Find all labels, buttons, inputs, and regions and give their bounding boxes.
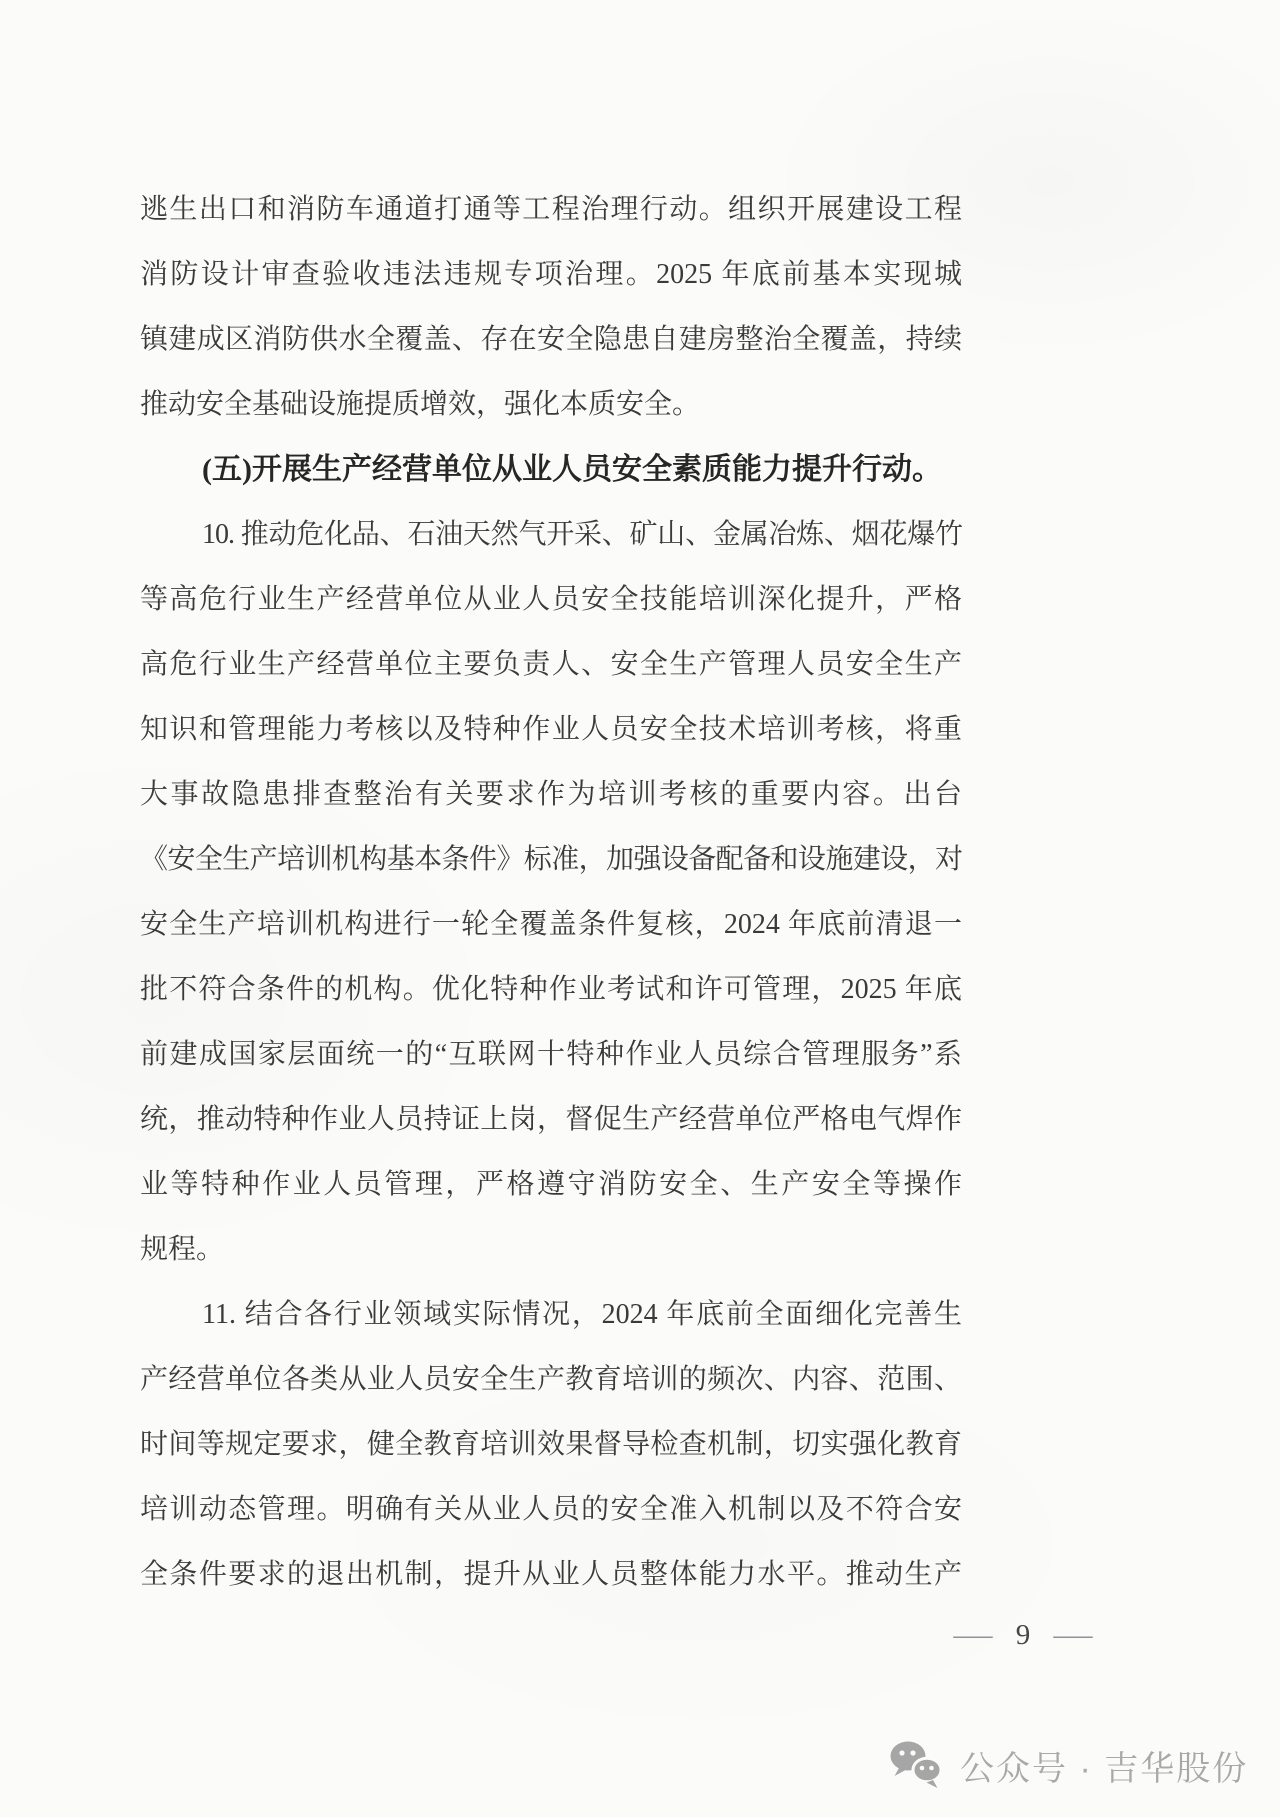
text-line: 安全生产培训机构进行一轮全覆盖条件复核，2024 年底前清退一 bbox=[140, 905, 962, 970]
text-line: 消防设计审查验收违法违规专项治理。2025 年底前基本实现城 bbox=[140, 255, 962, 320]
text-line: 统，推动特种作业人员持证上岗，督促生产经营单位严格电气焊作 bbox=[140, 1100, 962, 1165]
text-line: 产经营单位各类从业人员安全生产教育培训的频次、内容、范围、 bbox=[140, 1360, 962, 1425]
text-line: 大事故隐患排查整治有关要求作为培训考核的重要内容。出台 bbox=[140, 775, 962, 840]
text-line: 全条件要求的退出机制，提升从业人员整体能力水平。推动生产 bbox=[140, 1555, 962, 1620]
text-line: 培训动态管理。明确有关从业人员的安全准入机制以及不符合安 bbox=[140, 1490, 962, 1555]
text-line: 推动安全基础设施提质增效，强化本质安全。 bbox=[140, 385, 962, 450]
text-line: 镇建成区消防供水全覆盖、存在安全隐患自建房整治全覆盖，持续 bbox=[140, 320, 962, 385]
text-line: 规程。 bbox=[140, 1230, 962, 1295]
text-line: 等高危行业生产经营单位从业人员安全技能培训深化提升，严格 bbox=[140, 580, 962, 645]
text-line: 《安全生产培训机构基本条件》标准，加强设备配备和设施建设，对 bbox=[140, 840, 962, 905]
text-line: 批不符合条件的机构。优化特种作业考试和许可管理，2025 年底 bbox=[140, 970, 962, 1035]
wechat-icon bbox=[888, 1740, 946, 1790]
section-heading: (五)开展生产经营单位从业人员安全素质能力提升行动。 bbox=[140, 450, 962, 515]
text-line: 逃生出口和消防车通道打通等工程治理行动。组织开展建设工程 bbox=[140, 190, 962, 255]
page-number: — 9 — bbox=[958, 1618, 1088, 1652]
wechat-watermark: 公众号 · 吉华股份 bbox=[888, 1740, 1248, 1790]
text-line: 前建成国家层面统一的“互联网十特种作业人员综合管理服务”系 bbox=[140, 1035, 962, 1100]
watermark-label: 公众号 · 吉华股份 bbox=[960, 1741, 1248, 1790]
text-line: 时间等规定要求，健全教育培训效果督导检查机制，切实强化教育 bbox=[140, 1425, 962, 1490]
page-number-value: 9 bbox=[1016, 1619, 1031, 1652]
page-number-dash-left: — bbox=[954, 1618, 993, 1652]
page-number-dash-right: — bbox=[1054, 1618, 1093, 1652]
text-line: 业等特种作业人员管理，严格遵守消防安全、生产安全等操作 bbox=[140, 1165, 962, 1230]
text-line: 知识和管理能力考核以及特种作业人员安全技术培训考核，将重 bbox=[140, 710, 962, 775]
document-page: 逃生出口和消防车通道打通等工程治理行动。组织开展建设工程 消防设计审查验收违法违… bbox=[0, 0, 1280, 1817]
document-text-block: 逃生出口和消防车通道打通等工程治理行动。组织开展建设工程 消防设计审查验收违法违… bbox=[140, 190, 962, 1620]
text-line: 10. 推动危化品、石油天然气开采、矿山、金属冶炼、烟花爆竹 bbox=[140, 515, 962, 580]
text-line: 11. 结合各行业领域实际情况，2024 年底前全面细化完善生 bbox=[140, 1295, 962, 1360]
text-line: 高危行业生产经营单位主要负责人、安全生产管理人员安全生产 bbox=[140, 645, 962, 710]
